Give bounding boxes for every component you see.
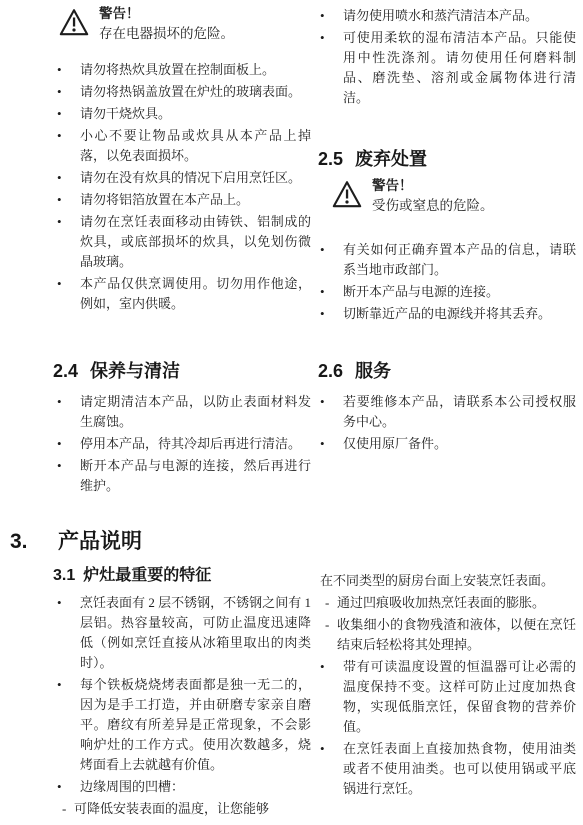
list-item: • 断开本产品与电源的连接，然后再进行维护。 [57, 456, 311, 496]
list-item-text: 请勿将热锅盖放置在炉灶的玻璃表面。 [80, 82, 311, 102]
bullet-marker: • [57, 274, 80, 294]
bullet-marker: - [325, 615, 337, 635]
warning-message: 受伤或窒息的危险。 [372, 196, 494, 216]
list-item: - 可降低安装表面的温度，让您能够 [57, 799, 311, 819]
list-item: • 请勿在没有炊具的情况下启用烹饪区。 [57, 168, 311, 188]
service-list: • 若要维修本产品，请联系本公司授权服务中心。 • 仅使用原厂备件。 [320, 392, 576, 454]
warning-box-electric-damage: 警告！ 存在电器损坏的危险。 [58, 4, 310, 44]
section-number: 2.6 [318, 360, 343, 382]
features-list-right: 在不同类型的厨房台面上安装烹饪表面。 - 通过凹痕吸收加热烹饪表面的膨胀。 - … [320, 571, 576, 799]
list-item: • 每个铁板烧烧烤表面都是独一无二的，因为是手工打造，并由研磨专家亲自磨平。磨纹… [57, 675, 311, 775]
list-item: • 请勿将热锅盖放置在炉灶的玻璃表面。 [57, 82, 311, 102]
list-item: • 边缘周围的凹槽： [57, 777, 311, 797]
bullet-marker: • [320, 392, 343, 412]
list-item: • 若要维修本产品，请联系本公司授权服务中心。 [320, 392, 576, 432]
bullet-marker: - [62, 799, 74, 819]
bullet-marker: - [325, 593, 337, 613]
section-heading-3-1: 3.1 炉灶最重要的特征 [53, 566, 211, 586]
care-cleaning-list: • 请定期清洁本产品，以防止表面材料发生腐蚀。 • 停用本产品，待其冷却后再进行… [57, 392, 311, 496]
list-item-text: 收集细小的食物残渣和液体，以便在烹饪结束后轻松将其处理掉。 [337, 615, 576, 655]
manual-page: 警告！ 存在电器损坏的危险。 • 请勿将热炊具放置在控制面板上。 • 请勿将热锅… [0, 0, 583, 825]
list-item: • 请勿在烹饪表面移动由铸铁、铝制成的炊具，或底部损坏的炊具，以免划伤微晶玻璃。 [57, 212, 311, 272]
list-item-text: 断开本产品与电源的连接。 [343, 282, 576, 302]
list-item: • 在烹饪表面上直接加热食物，使用油类或者不使用油类。也可以使用锅或平底锅进行烹… [320, 739, 576, 799]
warning-text-block: 警告！ 存在电器损坏的危险。 [99, 4, 234, 44]
warning-label: 警告！ [99, 4, 234, 24]
list-item-text: 请勿将铝箔放置在本产品上。 [80, 190, 311, 210]
list-item-text: 有关如何正确弃置本产品的信息，请联系当地市政部门。 [343, 240, 576, 280]
list-item: • 带有可读温度设置的恒温器可让必需的温度保持不变。这样可防止过度加热食物，实现… [320, 657, 576, 737]
list-item: • 停用本产品，待其冷却后再进行清洁。 [57, 434, 311, 454]
section-title: 服务 [355, 360, 391, 382]
section-heading-2-5: 2.5 废弃处置 [318, 148, 427, 170]
bullet-marker: • [320, 739, 343, 759]
bullet-marker: • [57, 434, 80, 454]
chapter-number: 3. [10, 529, 58, 555]
list-item-text: 停用本产品，待其冷却后再进行清洁。 [80, 434, 311, 454]
list-item: • 请勿将热炊具放置在控制面板上。 [57, 60, 311, 80]
cleaning-notes-list: • 请勿使用喷水和蒸汽清洁本产品。 • 可使用柔软的湿布清洁本产品。只能使用中性… [320, 6, 576, 108]
list-item-text: 每个铁板烧烧烤表面都是独一无二的，因为是手工打造，并由研磨专家亲自磨平。磨纹有所… [80, 675, 311, 775]
bullet-marker: • [320, 657, 343, 677]
list-item-text: 小心不要让物品或炊具从本产品上掉落，以免表面损坏。 [80, 126, 311, 166]
list-item: • 请勿使用喷水和蒸汽清洁本产品。 [320, 6, 576, 26]
bullet-marker: • [57, 168, 80, 188]
list-item-text: 可使用柔软的湿布清洁本产品。只能使用中性洗涤剂。请勿使用任何磨料制品、磨洗垫、溶… [343, 28, 576, 108]
bullet-marker: • [57, 126, 80, 146]
warning-triangle-icon [58, 7, 90, 38]
warning-label: 警告！ [372, 176, 494, 196]
section-heading-2-6: 2.6 服务 [318, 360, 391, 382]
bullet-marker: • [57, 777, 80, 797]
bullet-marker: • [57, 456, 80, 476]
bullet-marker: • [320, 282, 343, 302]
list-item: • 可使用柔软的湿布清洁本产品。只能使用中性洗涤剂。请勿使用任何磨料制品、磨洗垫… [320, 28, 576, 108]
list-item: - 收集细小的食物残渣和液体，以便在烹饪结束后轻松将其处理掉。 [320, 615, 576, 655]
list-item: - 通过凹痕吸收加热烹饪表面的膨胀。 [320, 593, 576, 613]
list-item: • 有关如何正确弃置本产品的信息，请联系当地市政部门。 [320, 240, 576, 280]
list-item-text: 请勿干烧炊具。 [80, 104, 311, 124]
warning-box-injury: 警告！ 受伤或窒息的危险。 [331, 176, 576, 216]
safety-list: • 请勿将热炊具放置在控制面板上。 • 请勿将热锅盖放置在炉灶的玻璃表面。 • … [57, 60, 311, 314]
list-item-text: 通过凹痕吸收加热烹饪表面的膨胀。 [337, 593, 576, 613]
section-title: 废弃处置 [355, 148, 427, 170]
list-item: • 切断靠近产品的电源线并将其丢弃。 [320, 304, 576, 324]
section-heading-2-4: 2.4 保养与清洁 [53, 360, 180, 382]
section-title: 保养与清洁 [90, 360, 180, 382]
chapter-title: 产品说明 [58, 529, 142, 555]
list-item-text: 请勿使用喷水和蒸汽清洁本产品。 [343, 6, 576, 26]
bullet-marker: • [320, 6, 343, 26]
list-item-text: 请勿在没有炊具的情况下启用烹饪区。 [80, 168, 311, 188]
bullet-marker: • [57, 675, 80, 695]
list-item-text: 切断靠近产品的电源线并将其丢弃。 [343, 304, 576, 324]
list-item-text: 若要维修本产品，请联系本公司授权服务中心。 [343, 392, 576, 432]
chapter-heading-3: 3. 产品说明 [10, 529, 142, 555]
list-item: 在不同类型的厨房台面上安装烹饪表面。 [320, 571, 576, 591]
list-item-text: 请勿将热炊具放置在控制面板上。 [80, 60, 311, 80]
bullet-marker: • [57, 392, 80, 412]
bullet-marker: • [57, 60, 80, 80]
warning-text-block: 警告！ 受伤或窒息的危险。 [372, 176, 494, 216]
bullet-marker: • [57, 104, 80, 124]
list-item: • 仅使用原厂备件。 [320, 434, 576, 454]
list-item-text: 仅使用原厂备件。 [343, 434, 576, 454]
list-item-text: 请定期清洁本产品，以防止表面材料发生腐蚀。 [80, 392, 311, 432]
disposal-list: • 有关如何正确弃置本产品的信息，请联系当地市政部门。 • 断开本产品与电源的连… [320, 240, 576, 324]
list-item: • 请勿干烧炊具。 [57, 104, 311, 124]
bullet-marker: • [320, 434, 343, 454]
list-item-text: 烹饪表面有 2 层不锈钢，不锈钢之间有 1 层铝。热容量较高，可防止温度迅速降低… [80, 593, 311, 673]
bullet-marker: • [57, 82, 80, 102]
list-item: • 断开本产品与电源的连接。 [320, 282, 576, 302]
bullet-marker: • [57, 212, 80, 232]
bullet-marker: • [57, 190, 80, 210]
list-item-text: 带有可读温度设置的恒温器可让必需的温度保持不变。这样可防止过度加热食物，实现低脂… [343, 657, 576, 737]
features-list-left: • 烹饪表面有 2 层不锈钢，不锈钢之间有 1 层铝。热容量较高，可防止温度迅速… [57, 593, 311, 819]
list-item-text: 请勿在烹饪表面移动由铸铁、铝制成的炊具，或底部损坏的炊具，以免划伤微晶玻璃。 [80, 212, 311, 272]
list-item: • 请定期清洁本产品，以防止表面材料发生腐蚀。 [57, 392, 311, 432]
list-item: • 烹饪表面有 2 层不锈钢，不锈钢之间有 1 层铝。热容量较高，可防止温度迅速… [57, 593, 311, 673]
list-item: • 本产品仅供烹调使用。切勿用作他途，例如，室内供暖。 [57, 274, 311, 314]
list-item-text: 本产品仅供烹调使用。切勿用作他途，例如，室内供暖。 [80, 274, 311, 314]
warning-message: 存在电器损坏的危险。 [99, 24, 234, 44]
list-item-text: 断开本产品与电源的连接，然后再进行维护。 [80, 456, 311, 496]
bullet-marker: • [320, 28, 343, 48]
list-item-text: 在不同类型的厨房台面上安装烹饪表面。 [320, 571, 576, 591]
section-number: 2.5 [318, 148, 343, 170]
section-title: 炉灶最重要的特征 [83, 566, 211, 586]
list-item: • 请勿将铝箔放置在本产品上。 [57, 190, 311, 210]
section-number: 3.1 [53, 566, 75, 586]
bullet-marker: • [320, 240, 343, 260]
list-item-text: 边缘周围的凹槽： [80, 777, 311, 797]
list-item-text: 在烹饪表面上直接加热食物，使用油类或者不使用油类。也可以使用锅或平底锅进行烹饪。 [343, 739, 576, 799]
warning-triangle-icon [331, 179, 363, 210]
section-number: 2.4 [53, 360, 78, 382]
list-item-text: 可降低安装表面的温度，让您能够 [74, 799, 311, 819]
bullet-marker: • [57, 593, 80, 613]
bullet-marker: • [320, 304, 343, 324]
list-item: • 小心不要让物品或炊具从本产品上掉落，以免表面损坏。 [57, 126, 311, 166]
